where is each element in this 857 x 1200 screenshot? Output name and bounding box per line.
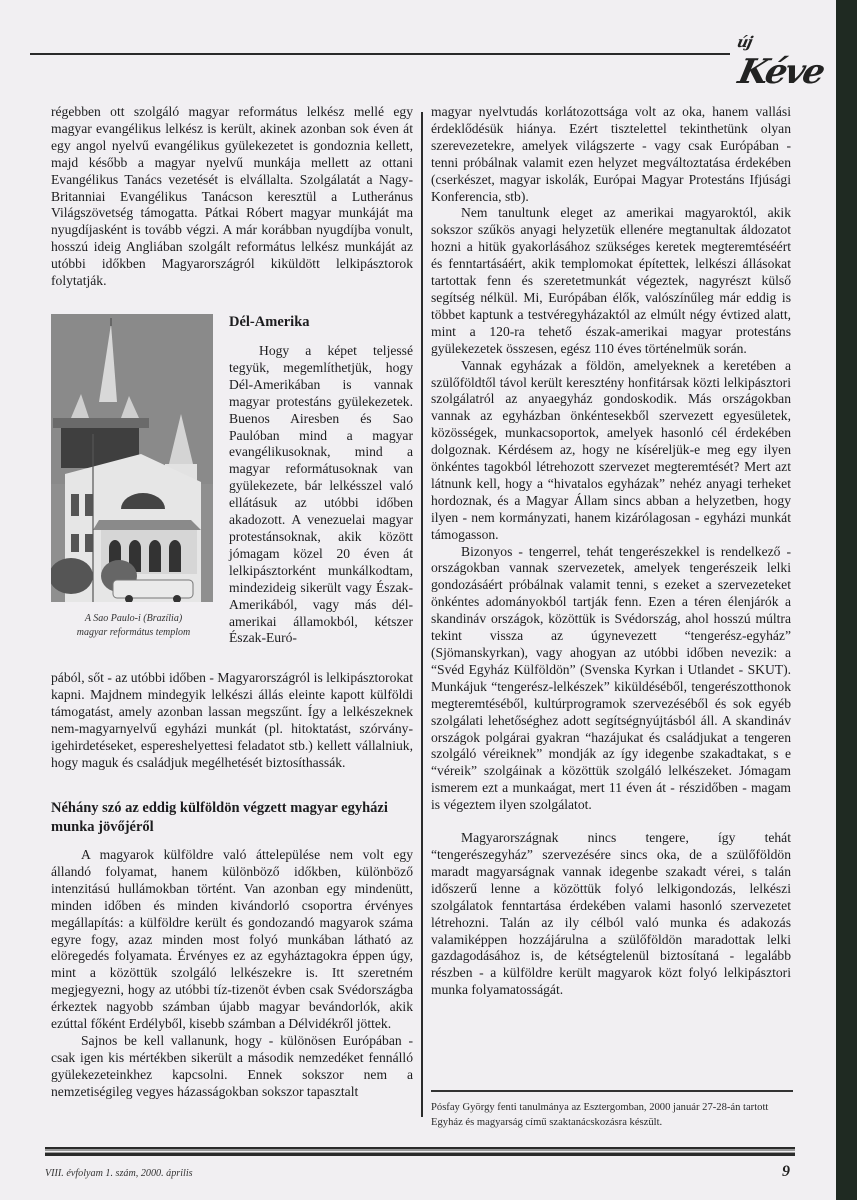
page-number: 9 <box>782 1163 790 1181</box>
caption-line-1: A Sao Paulo-i (Brazília) <box>51 612 216 626</box>
future-section-body: A magyarok külföldre való áttelepülése n… <box>51 847 413 1101</box>
left-column-intro: régebben ott szolgáló magyar református … <box>51 104 413 290</box>
footnote: Pósfay György fenti tanulmánya az Eszter… <box>431 1100 793 1130</box>
del-amerika-continuation: pából, sőt - az utóbbi időben - Magyaror… <box>51 670 413 771</box>
logo-main-text: Kéve <box>735 52 827 92</box>
right-paragraph-3: Vannak egyházak a földön, amelyeknek a k… <box>431 358 791 544</box>
column-divider <box>421 112 423 1117</box>
del-amerika-paragraph-continued: pából, sőt - az utóbbi időben - Magyaror… <box>51 670 413 771</box>
right-paragraph-5: Magyarországnak nincs tengere, így tehát… <box>431 830 791 999</box>
right-paragraph-2: Nem tanultunk eleget az amerikai magyaro… <box>431 205 791 357</box>
magazine-page: új Kéve régebben ott szolgáló magyar ref… <box>0 0 836 1200</box>
right-paragraph-1: magyar nyelvtudás korlátozottsága volt a… <box>431 104 791 205</box>
del-amerika-section: Dél-Amerika Hogy a képet teljessé tegyük… <box>229 314 413 647</box>
future-paragraph-1: A magyarok külföldre való áttelepülése n… <box>51 847 413 1033</box>
future-paragraph-2: Sajnos be kell vallanunk, hogy - különös… <box>51 1033 413 1101</box>
figure-caption: A Sao Paulo-i (Brazília) magyar reformát… <box>51 612 216 640</box>
section-heading-future: Néhány szó az eddig külföldön végzett ma… <box>51 799 413 837</box>
church-photo <box>51 314 213 602</box>
caption-line-2: magyar református templom <box>51 626 216 640</box>
footnote-rule <box>431 1090 793 1092</box>
scan-edge <box>836 0 857 1200</box>
intro-paragraph: régebben ott szolgáló magyar református … <box>51 104 413 290</box>
right-paragraph-4: Bizonyos - tengerrel, tehát tengerészekk… <box>431 544 791 815</box>
right-column: magyar nyelvtudás korlátozottsága volt a… <box>431 104 791 999</box>
footer-rule <box>45 1147 795 1156</box>
uj-keve-logo: új Kéve <box>725 44 815 90</box>
del-amerika-paragraph: Hogy a képet teljessé tegyük, megemlíthe… <box>229 343 413 647</box>
church-figure <box>51 314 213 602</box>
header-rule <box>30 53 730 55</box>
section-heading-del-amerika: Dél-Amerika <box>229 314 413 330</box>
issue-info: VIII. évfolyam 1. szám, 2000. április <box>45 1167 193 1179</box>
logo-small-text: új <box>736 34 754 50</box>
